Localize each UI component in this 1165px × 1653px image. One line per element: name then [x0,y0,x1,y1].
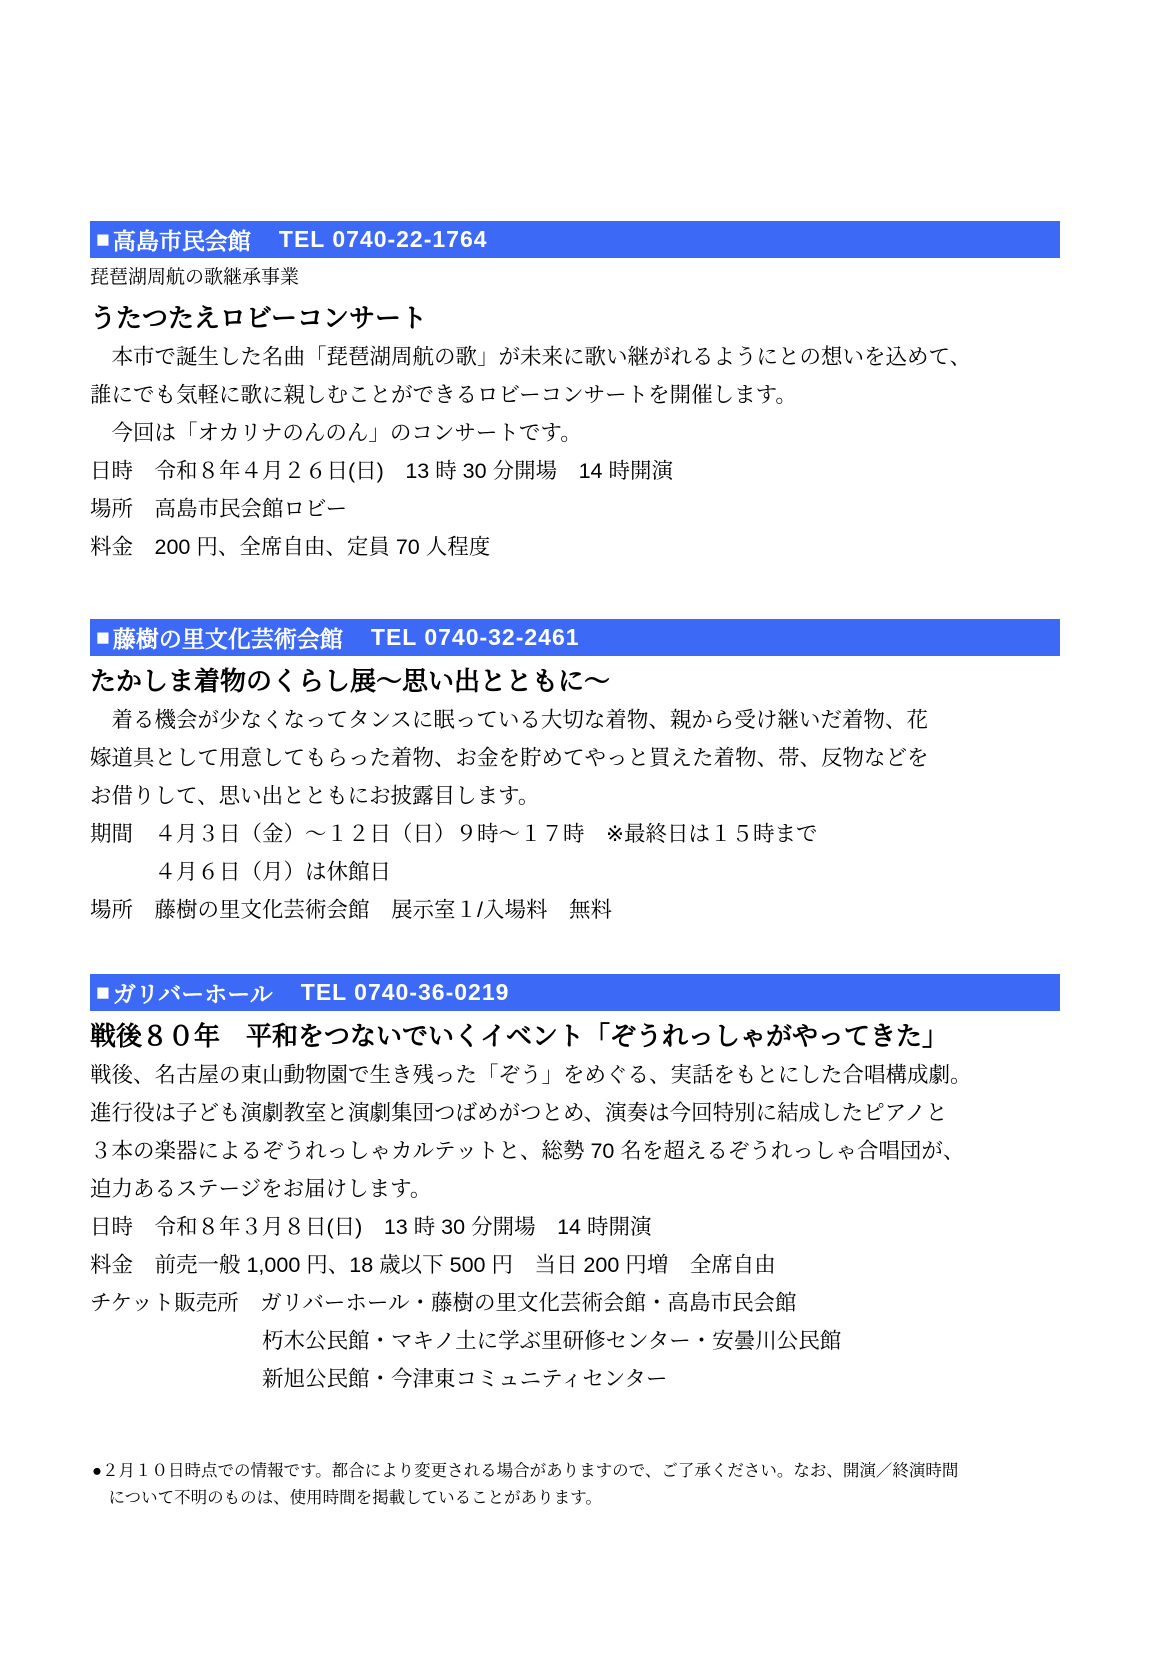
info-line-datetime: 日時 令和８年４月２６日(日) 13 時 30 分開場 14 時開演 [90,452,1060,490]
venue-header-bar: ■高島市民会館TEL 0740-22-1764 [90,221,1060,258]
info-line-period: 期間 ４月３日（金）～１２日（日）９時～１７時 ※最終日は１５時まで [90,815,1060,853]
body-line: 今回は「オカリナのんのん」のコンサートです。 [90,414,1060,452]
info-line-tickets: 新旭公民館・今津東コミュニティセンター [90,1360,1060,1398]
info-line-fee: 料金 前売一般 1,000 円、18 歳以下 500 円 当日 200 円増 全… [90,1246,1060,1284]
info-line-datetime: 日時 令和８年３月８日(日) 13 時 30 分開場 14 時開演 [90,1208,1060,1246]
venue-tel: TEL 0740-32-2461 [371,624,580,651]
body-line: 迫力あるステージをお届けします。 [90,1170,1060,1208]
document-page: ■高島市民会館TEL 0740-22-1764 琵琶湖周航の歌継承事業 うたつた… [0,0,1165,1653]
body-line: 戦後、名古屋の東山動物園で生き残った「ぞう」をめぐる、実話をもとにした合唱構成劇… [90,1056,1060,1094]
venue-header-bar: ■ガリバーホールTEL 0740-36-0219 [90,974,1060,1011]
event-title: 戦後８０年 平和をつないでいくイベント「ぞうれっしゃがやってきた」 [90,1016,1060,1056]
section-gulliver-hall: ■ガリバーホールTEL 0740-36-0219 戦後８０年 平和をつないでいく… [90,974,1060,1398]
info-line-place: 場所 高島市民会館ロビー [90,490,1060,528]
venue-name: 高島市民会館 [113,223,251,256]
info-line-tickets: 朽木公民館・マキノ土に学ぶ里研修センター・安曇川公民館 [90,1322,1060,1360]
footer-note-text: ２月１０日時点での情報です。都合により変更される場合がありますので、ご了承くださ… [102,1462,958,1480]
square-bullet-icon: ■ [96,624,110,651]
body-line: 本市で誕生した名曲「琵琶湖周航の歌」が未来に歌い継がれるようにとの想いを込めて、 [90,338,1060,376]
venue-name: ガリバーホール [113,976,273,1009]
circle-bullet-icon: ● [92,1462,102,1480]
info-line-place: 場所 藤樹の里文化芸術会館 展示室１/入場料 無料 [90,891,1060,929]
event-caption: 琵琶湖周航の歌継承事業 [90,263,1060,293]
venue-tel: TEL 0740-36-0219 [301,979,510,1006]
square-bullet-icon: ■ [96,226,110,253]
venue-header-bar: ■藤樹の里文化芸術会館TEL 0740-32-2461 [90,619,1060,656]
venue-name: 藤樹の里文化芸術会館 [113,621,343,654]
info-line-closed-day: ４月６日（月）は休館日 [90,853,1060,891]
info-line-tickets: チケット販売所 ガリバーホール・藤樹の里文化芸術会館・高島市民会館 [90,1284,1060,1322]
body-line: 誰にでも気軽に歌に親しむことができるロビーコンサートを開催します。 [90,376,1060,414]
footer-note-line: ●２月１０日時点での情報です。都合により変更される場合がありますので、ご了承くだ… [92,1458,1082,1485]
section-toju-no-sato-hall: ■藤樹の里文化芸術会館TEL 0740-32-2461 たかしま着物のくらし展～… [90,619,1060,929]
event-title: たかしま着物のくらし展～思い出とともに～ [90,661,1060,701]
footer-note-line: について不明のものは、使用時間を掲載していることがあります。 [92,1485,1082,1512]
body-line: 着る機会が少なくなってタンスに眠っている大切な着物、親から受け継いだ着物、花 [90,701,1060,739]
info-line-fee: 料金 200 円、全席自由、定員 70 人程度 [90,528,1060,566]
body-line: 嫁道具として用意してもらった着物、お金を貯めてやっと買えた着物、帯、反物などを [90,739,1060,777]
body-line: ３本の楽器によるぞうれっしゃカルテットと、総勢 70 名を超えるぞうれっしゃ合唱… [90,1132,1060,1170]
venue-tel: TEL 0740-22-1764 [279,226,488,253]
square-bullet-icon: ■ [96,979,110,1006]
body-line: お借りして、思い出とともにお披露目します。 [90,777,1060,815]
body-line: 進行役は子ども演劇教室と演劇集団つばめがつとめ、演奏は今回特別に結成したピアノと [90,1094,1060,1132]
footer-note: ●２月１０日時点での情報です。都合により変更される場合がありますので、ご了承くだ… [92,1458,1082,1512]
event-title: うたつたえロビーコンサート [90,298,1060,338]
section-takashima-civic-hall: ■高島市民会館TEL 0740-22-1764 琵琶湖周航の歌継承事業 うたつた… [90,221,1060,566]
